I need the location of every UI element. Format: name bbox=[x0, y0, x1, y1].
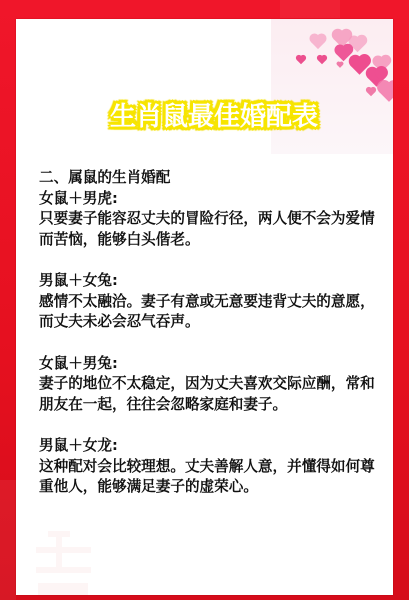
page-title: 生肖鼠最佳婚配表 bbox=[110, 97, 318, 137]
pairing-block: 男鼠＋女兔: 感情不太融洽。妻子有意或无意要违背丈夫的意愿， 而丈夫未必会忍气吞… bbox=[39, 271, 379, 333]
frame-pattern-tile bbox=[280, 0, 340, 18]
pairing-heading: 女鼠＋男虎: bbox=[39, 189, 379, 210]
pairing-description-line: 而苦恼，能够白头偕老。 bbox=[39, 230, 379, 251]
content-panel: 生肖鼠最佳婚配表 二、属鼠的生肖婚配 女鼠＋男虎: 只要妻子能容忍丈夫的冒险行径… bbox=[16, 19, 393, 595]
pairing-description-line: 朋友在一起，往往会忽略家庭和妻子。 bbox=[39, 395, 379, 416]
pairing-description-line: 重他人，能够满足妻子的虚荣心。 bbox=[39, 477, 379, 498]
frame-pattern-tile bbox=[0, 480, 16, 600]
pairing-description-line: 只要妻子能容忍丈夫的冒险行径，两人便不会为爱情 bbox=[39, 209, 379, 230]
pairing-description-line: 而丈夫未必会忍气吞声。 bbox=[39, 312, 379, 333]
pairing-heading: 女鼠＋男兔: bbox=[39, 354, 379, 375]
pairing-description-line: 这种配对会比较理想。丈夫善解人意，并懂得如何尊 bbox=[39, 457, 379, 478]
section-heading: 二、属鼠的生肖婚配 bbox=[39, 168, 379, 189]
pairing-heading: 男鼠＋女龙: bbox=[39, 436, 379, 457]
pairing-description-line: 妻子的地位不太稳定，因为丈夫喜欢交际应酬，常和 bbox=[39, 374, 379, 395]
pairing-block: 男鼠＋女龙: 这种配对会比较理想。丈夫善解人意，并懂得如何尊 重他人，能够满足妻… bbox=[39, 436, 379, 498]
pairing-block: 女鼠＋男兔: 妻子的地位不太稳定，因为丈夫喜欢交际应酬，常和 朋友在一起，往往会… bbox=[39, 354, 379, 416]
pairing-block: 女鼠＋男虎: 只要妻子能容忍丈夫的冒险行径，两人便不会为爱情 而苦恼，能够白头偕… bbox=[39, 189, 379, 251]
pairing-description-line: 感情不太融洽。妻子有意或无意要违背丈夫的意愿， bbox=[39, 292, 379, 313]
article-body: 二、属鼠的生肖婚配 女鼠＋男虎: 只要妻子能容忍丈夫的冒险行径，两人便不会为爱情… bbox=[39, 168, 379, 498]
pairing-heading: 男鼠＋女兔: bbox=[39, 271, 379, 292]
title-banner: 生肖鼠最佳婚配表 bbox=[94, 97, 334, 137]
watermark-bottom-left bbox=[26, 519, 96, 595]
